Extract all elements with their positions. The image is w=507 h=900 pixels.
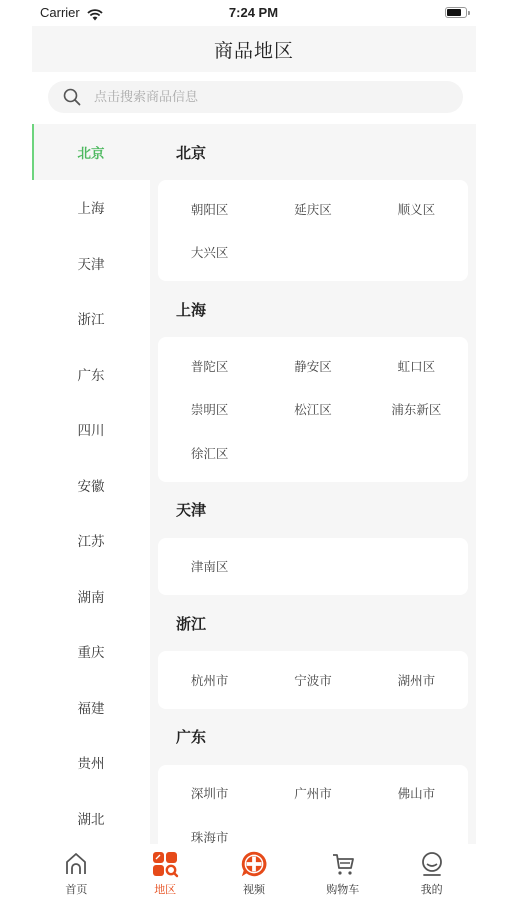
status-bar: Carrier 7:24 PM xyxy=(0,0,507,26)
city-item[interactable]: 崇明区 xyxy=(158,388,261,432)
city-card: 津南区 xyxy=(158,538,468,596)
tab-home[interactable]: 首页 xyxy=(32,844,121,900)
cart-icon xyxy=(328,850,358,878)
sidebar-item[interactable]: 重庆 xyxy=(32,624,150,680)
city-card: 朝阳区延庆区顺义区大兴区 xyxy=(158,180,468,281)
sidebar-item[interactable]: 贵州 xyxy=(32,735,150,791)
city-item[interactable]: 虹口区 xyxy=(365,344,468,388)
city-item[interactable]: 延庆区 xyxy=(261,187,364,231)
city-item[interactable]: 深圳市 xyxy=(158,772,261,816)
tab-cart[interactable]: 购物车 xyxy=(298,844,387,900)
sidebar-item[interactable]: 浙江 xyxy=(32,291,150,347)
region-content: 北京朝阳区延庆区顺义区大兴区上海普陀区静安区虹口区崇明区松江区浦东新区徐汇区天津… xyxy=(150,124,476,844)
sidebar-item[interactable]: 江苏 xyxy=(32,513,150,569)
tab-label: 视频 xyxy=(243,881,265,897)
sidebar-item[interactable]: 北京 xyxy=(32,124,150,180)
tab-video-plus[interactable]: 视频 xyxy=(210,844,299,900)
home-icon xyxy=(61,850,91,878)
search-icon xyxy=(63,88,81,106)
section-title: 浙江 xyxy=(158,595,468,651)
sidebar-item[interactable]: 四川 xyxy=(32,402,150,458)
city-item[interactable]: 普陀区 xyxy=(158,344,261,388)
video-plus-icon xyxy=(239,850,269,878)
city-card: 普陀区静安区虹口区崇明区松江区浦东新区徐汇区 xyxy=(158,337,468,482)
city-item[interactable]: 广州市 xyxy=(261,772,364,816)
city-item[interactable]: 浦东新区 xyxy=(365,388,468,432)
city-item[interactable]: 珠海市 xyxy=(158,815,261,844)
battery-icon xyxy=(445,7,467,18)
clock: 7:24 PM xyxy=(0,5,507,20)
city-item[interactable]: 松江区 xyxy=(261,388,364,432)
tab-label: 购物车 xyxy=(326,881,359,897)
section-title: 北京 xyxy=(158,124,468,180)
city-item[interactable]: 杭州市 xyxy=(158,658,261,702)
city-item[interactable]: 大兴区 xyxy=(158,231,261,275)
sidebar-item[interactable]: 上海 xyxy=(32,180,150,236)
sidebar-item[interactable]: 广东 xyxy=(32,346,150,402)
city-item[interactable]: 佛山市 xyxy=(365,772,468,816)
city-item[interactable]: 湖州市 xyxy=(365,658,468,702)
city-item[interactable]: 顺义区 xyxy=(365,187,468,231)
section-title: 上海 xyxy=(158,281,468,337)
sidebar-item[interactable]: 湖北 xyxy=(32,790,150,844)
tab-bar: 首页地区视频购物车我的 xyxy=(32,844,476,900)
tab-label: 首页 xyxy=(65,881,87,897)
city-card: 杭州市宁波市湖州市 xyxy=(158,651,468,709)
sidebar-item[interactable]: 安徽 xyxy=(32,457,150,513)
sidebar-item[interactable]: 湖南 xyxy=(32,568,150,624)
nav-header: 商品地区 xyxy=(32,26,476,72)
section-title: 天津 xyxy=(158,482,468,538)
section-title: 广东 xyxy=(158,709,468,765)
city-item[interactable]: 朝阳区 xyxy=(158,187,261,231)
tab-label: 我的 xyxy=(421,881,443,897)
page-title: 商品地区 xyxy=(214,36,294,63)
tab-label: 地区 xyxy=(154,881,176,897)
city-item[interactable]: 宁波市 xyxy=(261,658,364,702)
search-input[interactable] xyxy=(94,90,394,105)
region-grid-icon xyxy=(150,850,180,878)
tab-profile[interactable]: 我的 xyxy=(387,844,476,900)
province-sidebar: 北京上海天津浙江广东四川安徽江苏湖南重庆福建贵州湖北 xyxy=(32,124,150,844)
sidebar-item[interactable]: 天津 xyxy=(32,235,150,291)
tab-region-grid[interactable]: 地区 xyxy=(121,844,210,900)
city-item[interactable]: 津南区 xyxy=(158,545,261,589)
profile-icon xyxy=(417,850,447,878)
city-item[interactable]: 徐汇区 xyxy=(158,431,261,475)
city-item[interactable]: 静安区 xyxy=(261,344,364,388)
search-bar[interactable] xyxy=(48,81,463,113)
sidebar-item[interactable]: 福建 xyxy=(32,679,150,735)
city-card: 深圳市广州市佛山市珠海市 xyxy=(158,765,468,845)
